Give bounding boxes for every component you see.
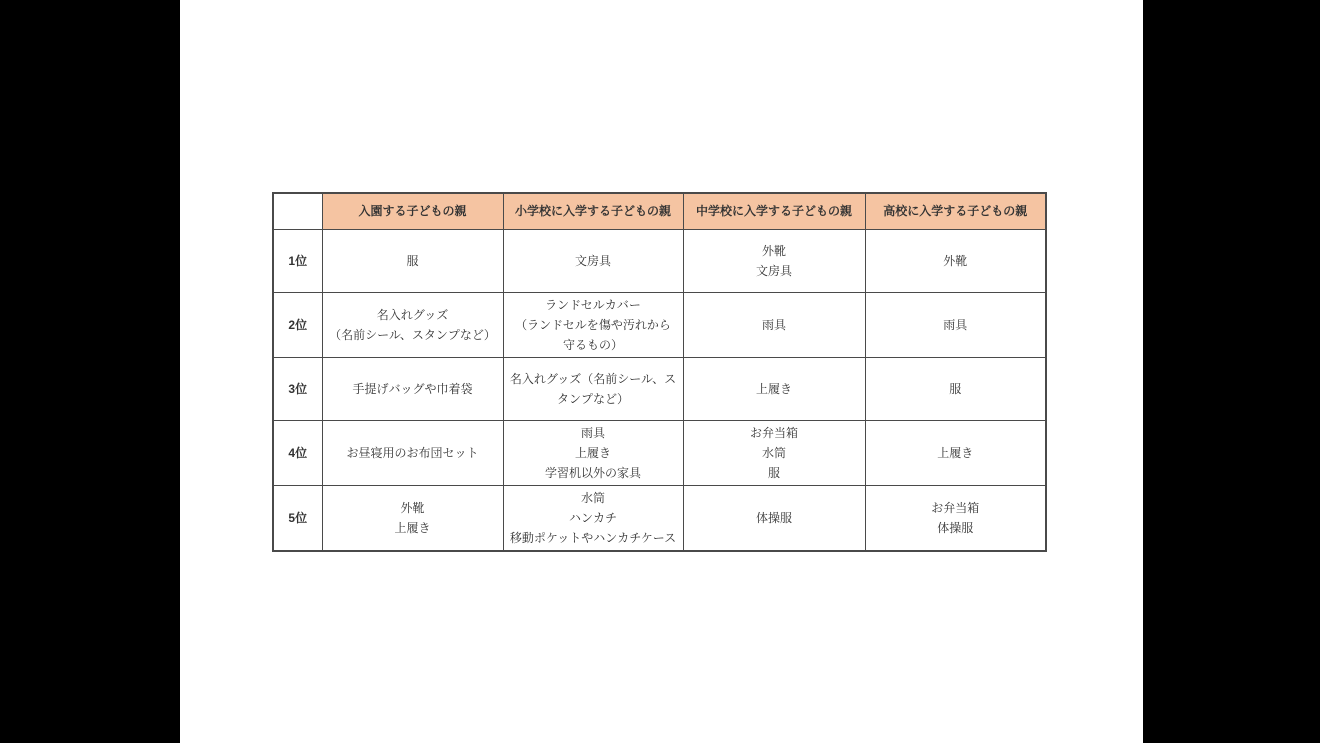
header-corner-cell — [273, 193, 322, 230]
data-cell: 体操服 — [683, 486, 865, 552]
header-cell: 中学校に入学する子どもの親 — [683, 193, 865, 230]
data-cell: お弁当箱体操服 — [865, 486, 1046, 552]
table-row: 2位名入れグッズ（名前シール、スタンプなど）ランドセルカバー（ランドセルを傷や汚… — [273, 293, 1046, 358]
cell-line: 外靴 — [329, 498, 497, 518]
rank-cell: 1位 — [273, 230, 322, 293]
slide-canvas: 入園する子どもの親小学校に入学する子どもの親中学校に入学する子どもの親高校に入学… — [180, 0, 1143, 743]
ranking-table: 入園する子どもの親小学校に入学する子どもの親中学校に入学する子どもの親高校に入学… — [272, 192, 1047, 552]
table-body: 1位服文房具外靴文房具外靴2位名入れグッズ（名前シール、スタンプなど）ランドセル… — [273, 230, 1046, 552]
data-cell: 雨具上履き学習机以外の家具 — [503, 421, 683, 486]
data-cell: 外靴上履き — [322, 486, 503, 552]
cell-line: 服 — [690, 463, 859, 483]
cell-line: 体操服 — [872, 518, 1040, 538]
data-cell: 名入れグッズ（名前シール、スタンプなど） — [503, 358, 683, 421]
data-cell: 雨具 — [865, 293, 1046, 358]
data-cell: 上履き — [865, 421, 1046, 486]
header-cell: 入園する子どもの親 — [322, 193, 503, 230]
cell-line: 文房具 — [690, 261, 859, 281]
rank-cell: 5位 — [273, 486, 322, 552]
data-cell: ランドセルカバー（ランドセルを傷や汚れから守るもの） — [503, 293, 683, 358]
cell-line: （ランドセルを傷や汚れから守るもの） — [510, 315, 677, 355]
data-cell: 文房具 — [503, 230, 683, 293]
data-cell: 服 — [322, 230, 503, 293]
rank-cell: 4位 — [273, 421, 322, 486]
cell-line: 外靴 — [872, 251, 1040, 271]
cell-line: 名入れグッズ（名前シール、スタンプなど） — [510, 369, 677, 409]
cell-line: 文房具 — [510, 251, 677, 271]
data-cell: 名入れグッズ（名前シール、スタンプなど） — [322, 293, 503, 358]
data-cell: 外靴 — [865, 230, 1046, 293]
data-cell: 外靴文房具 — [683, 230, 865, 293]
table-header: 入園する子どもの親小学校に入学する子どもの親中学校に入学する子どもの親高校に入学… — [273, 193, 1046, 230]
letterbox-left — [0, 0, 180, 743]
cell-line: 上履き — [872, 443, 1040, 463]
data-cell: 上履き — [683, 358, 865, 421]
cell-line: 雨具 — [690, 315, 859, 335]
data-cell: 雨具 — [683, 293, 865, 358]
data-cell: 服 — [865, 358, 1046, 421]
cell-line: 水筒 — [510, 488, 677, 508]
cell-line: お弁当箱 — [690, 423, 859, 443]
cell-line: 体操服 — [690, 508, 859, 528]
cell-line: お弁当箱 — [872, 498, 1040, 518]
data-cell: 手提げバッグや巾着袋 — [322, 358, 503, 421]
cell-line: 雨具 — [510, 423, 677, 443]
cell-line: お昼寝用のお布団セット — [329, 443, 497, 463]
data-cell: お弁当箱水筒服 — [683, 421, 865, 486]
letterbox-right — [1143, 0, 1320, 743]
data-cell: お昼寝用のお布団セット — [322, 421, 503, 486]
rank-cell: 2位 — [273, 293, 322, 358]
cell-line: ハンカチ — [510, 508, 677, 528]
cell-line: 雨具 — [872, 315, 1040, 335]
cell-line: 外靴 — [690, 241, 859, 261]
cell-line: ランドセルカバー — [510, 295, 677, 315]
cell-line: 上履き — [329, 518, 497, 538]
header-cell: 小学校に入学する子どもの親 — [503, 193, 683, 230]
table-row: 5位外靴上履き水筒ハンカチ移動ポケットやハンカチケース体操服お弁当箱体操服 — [273, 486, 1046, 552]
cell-line: 服 — [872, 379, 1040, 399]
cell-line: 水筒 — [690, 443, 859, 463]
stage: 入園する子どもの親小学校に入学する子どもの親中学校に入学する子どもの親高校に入学… — [0, 0, 1320, 743]
cell-line: 名入れグッズ — [329, 305, 497, 325]
cell-line: 移動ポケットやハンカチケース — [510, 528, 677, 548]
cell-line: 上履き — [690, 379, 859, 399]
table-row: 4位お昼寝用のお布団セット雨具上履き学習机以外の家具お弁当箱水筒服上履き — [273, 421, 1046, 486]
table-row: 3位手提げバッグや巾着袋名入れグッズ（名前シール、スタンプなど）上履き服 — [273, 358, 1046, 421]
cell-line: （名前シール、スタンプなど） — [329, 325, 497, 345]
header-row: 入園する子どもの親小学校に入学する子どもの親中学校に入学する子どもの親高校に入学… — [273, 193, 1046, 230]
cell-line: 学習机以外の家具 — [510, 463, 677, 483]
cell-line: 服 — [329, 251, 497, 271]
rank-cell: 3位 — [273, 358, 322, 421]
table-row: 1位服文房具外靴文房具外靴 — [273, 230, 1046, 293]
header-cell: 高校に入学する子どもの親 — [865, 193, 1046, 230]
data-cell: 水筒ハンカチ移動ポケットやハンカチケース — [503, 486, 683, 552]
cell-line: 手提げバッグや巾着袋 — [329, 379, 497, 399]
cell-line: 上履き — [510, 443, 677, 463]
